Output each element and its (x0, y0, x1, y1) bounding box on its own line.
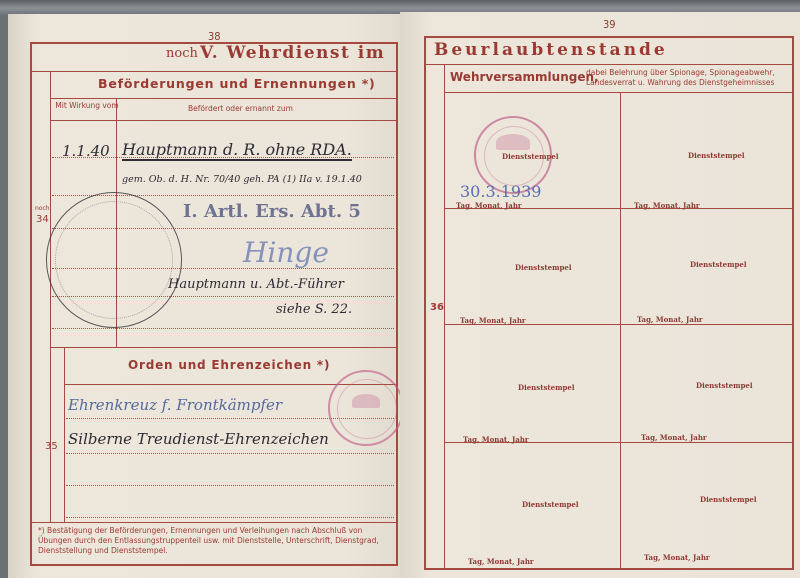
decoration-entry: Ehrenkreuz f. Frontkämpfer (68, 396, 282, 414)
page-title: V. Wehrdienst im (200, 43, 385, 63)
stamp-label: Dienststempel (522, 500, 579, 509)
date-label: Tag, Monat, Jahr (644, 553, 710, 562)
stamp-label: Dienststempel (700, 495, 757, 504)
date-value: 30.3.1939 (460, 182, 541, 201)
right-frame (424, 36, 794, 570)
divider (426, 64, 792, 65)
page-title: Beurlaubtenstande (434, 40, 668, 60)
date-label: Tag, Monat, Jahr (641, 433, 707, 442)
right-page: 39 Beurlaubtenstande Wehrversammlungen, … (400, 12, 800, 578)
signer-title: Hauptmann u. Abt.-Führer (168, 277, 344, 292)
divider (50, 98, 396, 99)
promotion-rank: Hauptmann d. R. ohne RDA. (122, 140, 352, 161)
decoration-entry: Silberne Treudienst-Ehrenzeichen (68, 430, 329, 448)
left-page: 38 noch V. Wehrdienst im Beförderungen u… (8, 14, 400, 578)
divider (620, 92, 621, 568)
row-number-36: 36 (430, 302, 444, 313)
promotion-reference: gem. Ob. d. H. Nr. 70/40 geh. PA (1) IIa… (122, 174, 362, 185)
divider (444, 64, 445, 568)
stamp-label: Dienststempel (502, 152, 559, 161)
divider (32, 522, 396, 523)
stamp-label: Dienststempel (518, 383, 575, 392)
page-number: 39 (603, 18, 616, 31)
date-label: Tag, Monat, Jahr (463, 435, 529, 444)
date-label: Tag, Monat, Jahr (468, 557, 534, 566)
round-stamp-purple (328, 370, 404, 446)
stamp-label: Dienststempel (690, 260, 747, 269)
footnote: *) Bestätigung der Beförderungen, Ernenn… (38, 526, 392, 556)
section-title: Wehrversammlungen, (450, 70, 599, 84)
col-header-rank: Befördert oder ernannt zum (188, 104, 293, 113)
promotion-date: 1.1.40 (62, 142, 110, 160)
signature: Hinge (243, 236, 329, 269)
unit-stamp: I. Artl. Ers. Abt. 5 (183, 201, 361, 222)
page-reference: siehe S. 22. (276, 302, 352, 317)
stamp-label: Dienststempel (688, 151, 745, 160)
stamp-label: Dienststempel (696, 381, 753, 390)
date-label: Tag, Monat, Jahr (634, 201, 700, 210)
date-label: Tag, Monat, Jahr (460, 316, 526, 325)
divider (64, 347, 65, 522)
row-number-34: 34 (36, 214, 49, 225)
section-title-promotions: Beförderungen und Ernennungen *) (98, 76, 376, 91)
date-label: Tag, Monat, Jahr (637, 315, 703, 324)
divider (50, 72, 51, 522)
row-prefix: noch (35, 205, 50, 212)
divider (50, 347, 396, 348)
date-label: Tag, Monat, Jahr (456, 201, 522, 210)
section-title-decorations: Orden und Ehrenzeichen *) (128, 358, 330, 372)
divider (50, 120, 396, 121)
row-number-35: 35 (45, 441, 58, 452)
section-subtitle: Landesverrat u. Wahrung des Dienstgeheim… (586, 78, 774, 87)
col-header-date: Mit Wirkung vom (55, 101, 119, 110)
stamp-label: Dienststempel (515, 263, 572, 272)
divider (444, 92, 792, 93)
header-prefix: noch (166, 46, 198, 61)
divider (32, 71, 396, 72)
round-stamp-black (46, 192, 182, 328)
section-subtitle: dabei Belehrung über Spionage, Spionagea… (586, 68, 775, 77)
